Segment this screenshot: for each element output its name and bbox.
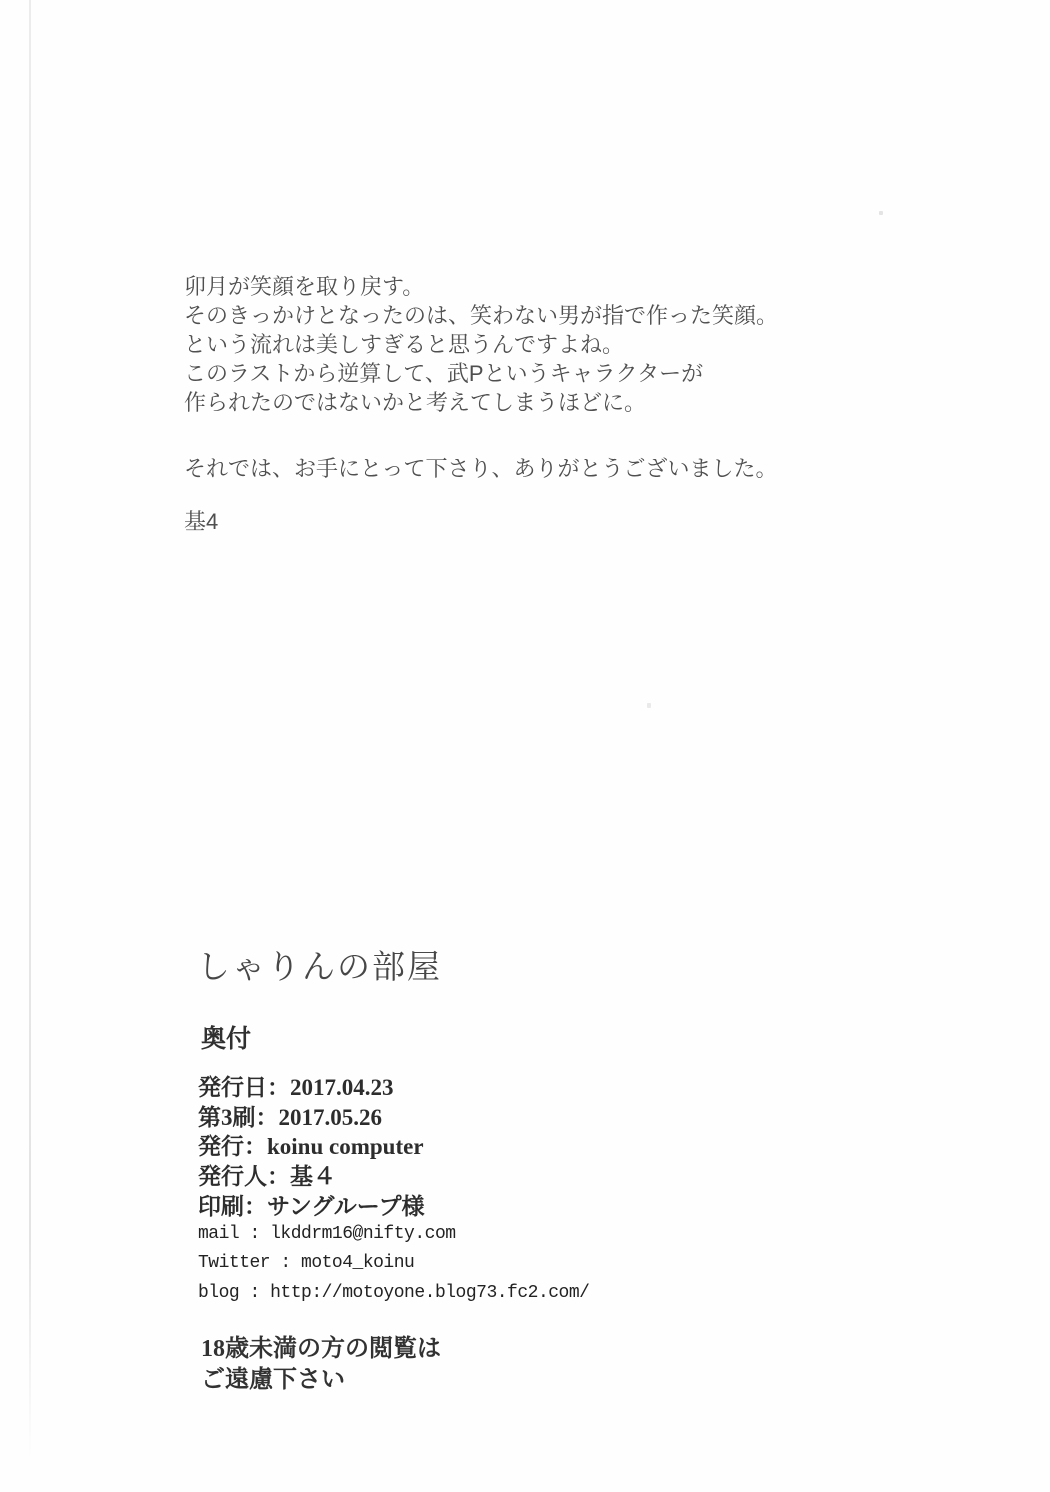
colophon-blog-url: blog : http://motoyone.blog73.fc2.com/ bbox=[198, 1278, 589, 1308]
scan-artifact-dot bbox=[879, 211, 883, 215]
colophon-mail: mail : lkddrm16@nifty.com bbox=[198, 1219, 589, 1249]
page-edge-line bbox=[29, 0, 31, 1460]
colophon-publisher-person: 発行人：基４ bbox=[198, 1160, 589, 1190]
colophon-printing-date: 第3刷：2017.05.26 bbox=[198, 1101, 589, 1131]
scanned-afterword-page: 卯月が笑顔を取り戻す。 そのきっかけとなったのは、笑わない男が指で作った笑顔。 … bbox=[0, 0, 1050, 1492]
afterword-paragraph: 卯月が笑顔を取り戻す。 そのきっかけとなったのは、笑わない男が指で作った笑顔。 … bbox=[184, 272, 778, 417]
thanks-line: それでは、お手にとって下さり、ありがとうございました。 bbox=[184, 452, 778, 483]
age-warning-line: 18歳未満の方の閲覧は bbox=[201, 1334, 441, 1365]
colophon-twitter: Twitter : moto4_koinu bbox=[198, 1249, 589, 1279]
afterword-line: 作られたのではないかと考えてしまうほどに。 bbox=[184, 388, 778, 417]
colophon-list: 発行日：2017.04.23 第3刷：2017.05.26 発行：koinu c… bbox=[198, 1071, 589, 1308]
author-signature: 基4 bbox=[184, 505, 218, 536]
colophon-publisher: 発行：koinu computer bbox=[198, 1130, 589, 1160]
colophon-printer: 印刷：サングループ様 bbox=[198, 1189, 589, 1219]
afterword-line: 卯月が笑顔を取り戻す。 bbox=[184, 272, 778, 301]
afterword-line: という流れは美しすぎると思うんですよね。 bbox=[184, 330, 778, 359]
circle-title: しゃりんの部屋 bbox=[197, 941, 442, 988]
afterword-line: このラストから逆算して、武Pというキャラクターが bbox=[184, 359, 778, 388]
colophon-publish-date: 発行日：2017.04.23 bbox=[198, 1071, 589, 1101]
age-warning-line: ご遠慮下さい bbox=[201, 1365, 441, 1396]
colophon-heading: 奥付 bbox=[201, 1019, 251, 1055]
scan-artifact-dot bbox=[647, 703, 651, 708]
afterword-line: そのきっかけとなったのは、笑わない男が指で作った笑顔。 bbox=[184, 301, 778, 330]
age-warning: 18歳未満の方の閲覧は ご遠慮下さい bbox=[201, 1334, 441, 1396]
